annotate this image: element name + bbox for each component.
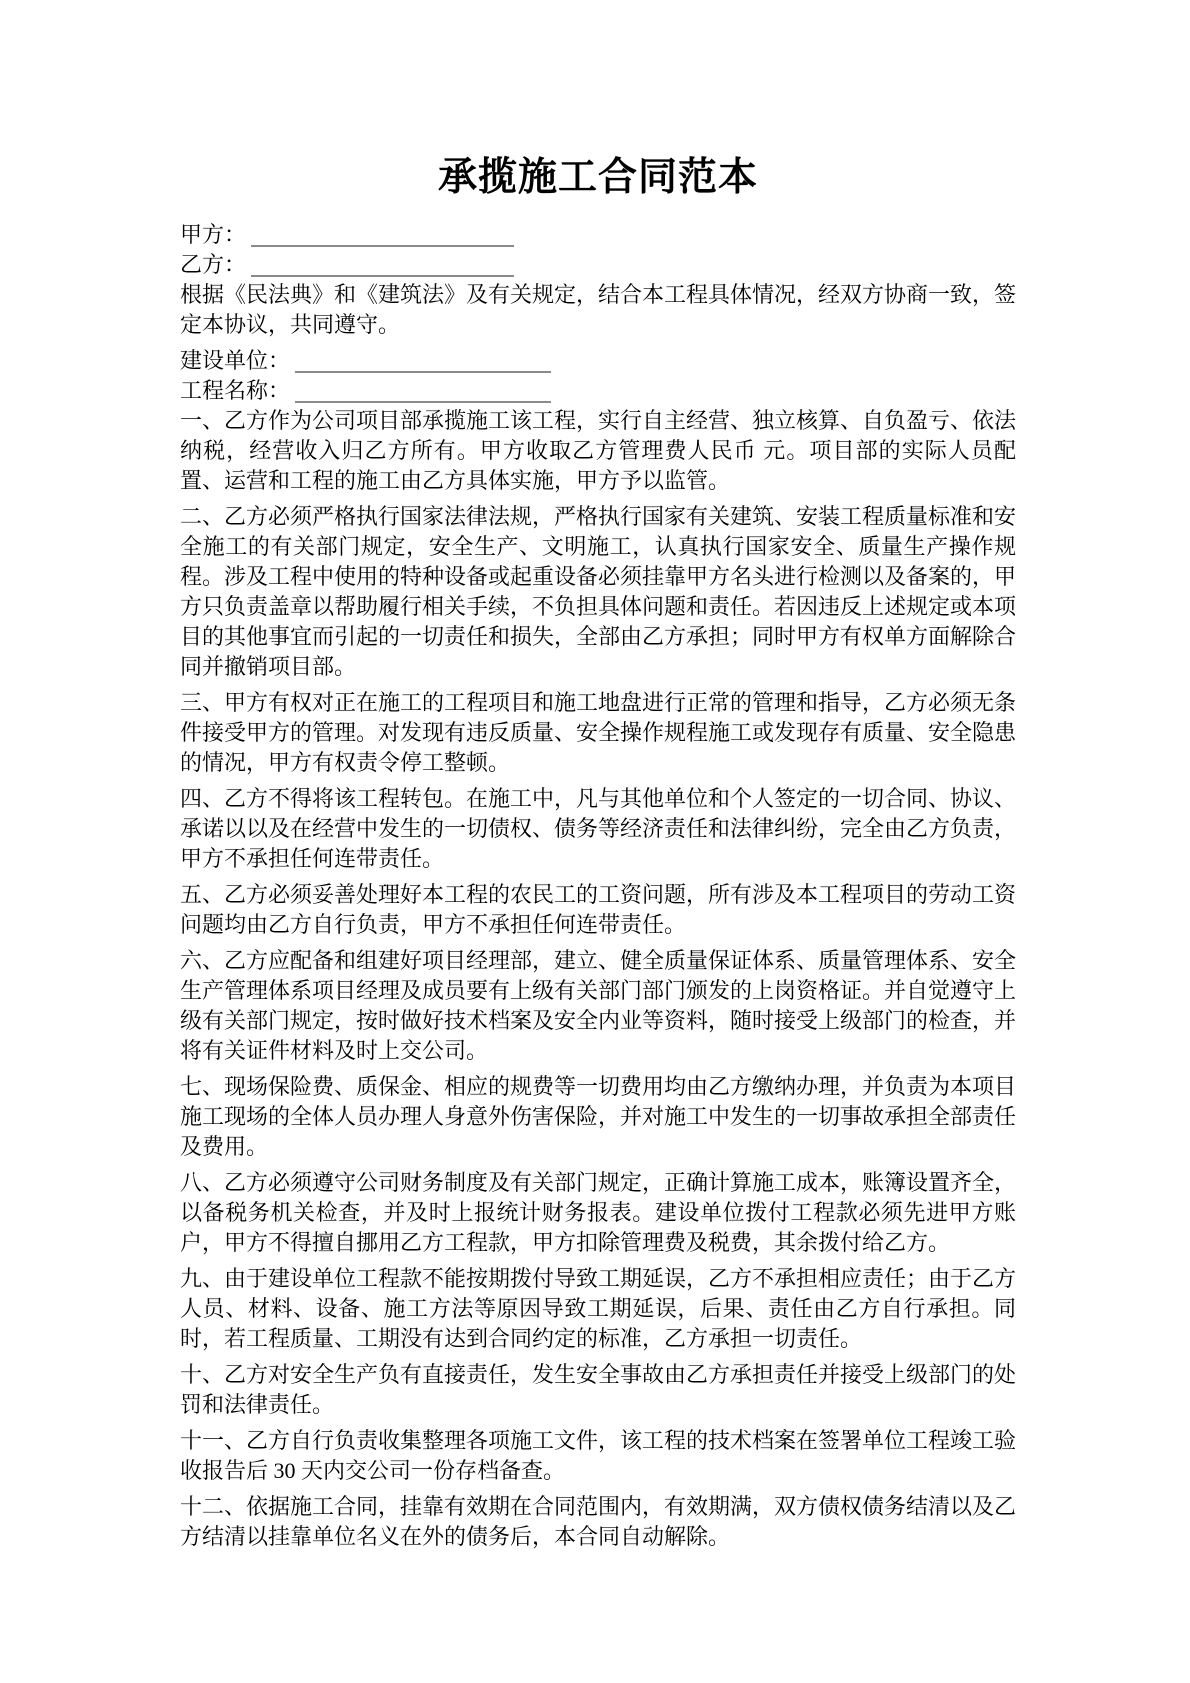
- clause-paragraph-12: 十二、依据施工合同，挂靠有效期在合同范围内，有效期满，双方债权债务结清以及乙方结…: [180, 1492, 1016, 1552]
- field-project-name-blank-line: [295, 389, 551, 403]
- field-party-b: 乙方：: [180, 250, 1016, 280]
- field-party-a-label: 甲方：: [180, 222, 246, 247]
- clause-paragraph-3: 三、甲方有权对正在施工的工程项目和施工地盘进行正常的管理和指导，乙方必须无条件接…: [180, 688, 1016, 778]
- clause-paragraph-7: 七、现场保险费、质保金、相应的规费等一切费用均由乙方缴纳办理，并负责为本项目施工…: [180, 1072, 1016, 1162]
- preamble-paragraph: 根据《民法典》和《建筑法》及有关规定，结合本工程具体情况，经双方协商一致，签定本…: [180, 280, 1016, 340]
- clause-paragraph-1: 一、乙方作为公司项目部承揽施工该工程，实行自主经营、独立核算、自负盈亏、依法纳税…: [180, 406, 1016, 496]
- field-party-b-label: 乙方：: [180, 252, 246, 277]
- contract-document-page: 承揽施工合同范本 甲方： 乙方： 根据《民法典》和《建筑法》及有关规定，结合本工…: [0, 0, 1190, 1683]
- field-party-b-blank-line: [251, 263, 514, 277]
- clause-paragraph-8: 八、乙方必须遵守公司财务制度及有关部门规定，正确计算施工成本，账簿设置齐全，以备…: [180, 1168, 1016, 1258]
- document-title: 承揽施工合同范本: [180, 152, 1016, 204]
- field-construction-unit-label: 建设单位：: [180, 348, 290, 373]
- clause-paragraph-5: 五、乙方必须妥善处理好本工程的农民工的工资问题，所有涉及本工程项目的劳动工资问题…: [180, 880, 1016, 940]
- document-content: 承揽施工合同范本 甲方： 乙方： 根据《民法典》和《建筑法》及有关规定，结合本工…: [180, 152, 1016, 1552]
- field-construction-unit-blank-line: [295, 359, 551, 373]
- field-project-name: 工程名称：: [180, 376, 1016, 406]
- field-party-a-blank-line: [251, 233, 514, 247]
- clause-paragraph-2: 二、乙方必须严格执行国家法律法规，严格执行国家有关建筑、安装工程质量标准和安全施…: [180, 502, 1016, 682]
- clause-paragraph-9: 九、由于建设单位工程款不能按期拨付导致工期延误，乙方不承担相应责任；由于乙方人员…: [180, 1264, 1016, 1354]
- clause-paragraph-4: 四、乙方不得将该工程转包。在施工中，凡与其他单位和个人签定的一切合同、协议、承诺…: [180, 784, 1016, 874]
- field-party-a: 甲方：: [180, 220, 1016, 250]
- clause-paragraph-11: 十一、乙方自行负责收集整理各项施工文件，该工程的技术档案在签署单位工程竣工验收报…: [180, 1426, 1016, 1486]
- clause-paragraph-10: 十、乙方对安全生产负有直接责任，发生安全事故由乙方承担责任并接受上级部门的处罚和…: [180, 1360, 1016, 1420]
- field-project-name-label: 工程名称：: [180, 378, 290, 403]
- clause-paragraph-6: 六、乙方应配备和组建好项目经理部，建立、健全质量保证体系、质量管理体系、安全生产…: [180, 946, 1016, 1066]
- field-construction-unit: 建设单位：: [180, 346, 1016, 376]
